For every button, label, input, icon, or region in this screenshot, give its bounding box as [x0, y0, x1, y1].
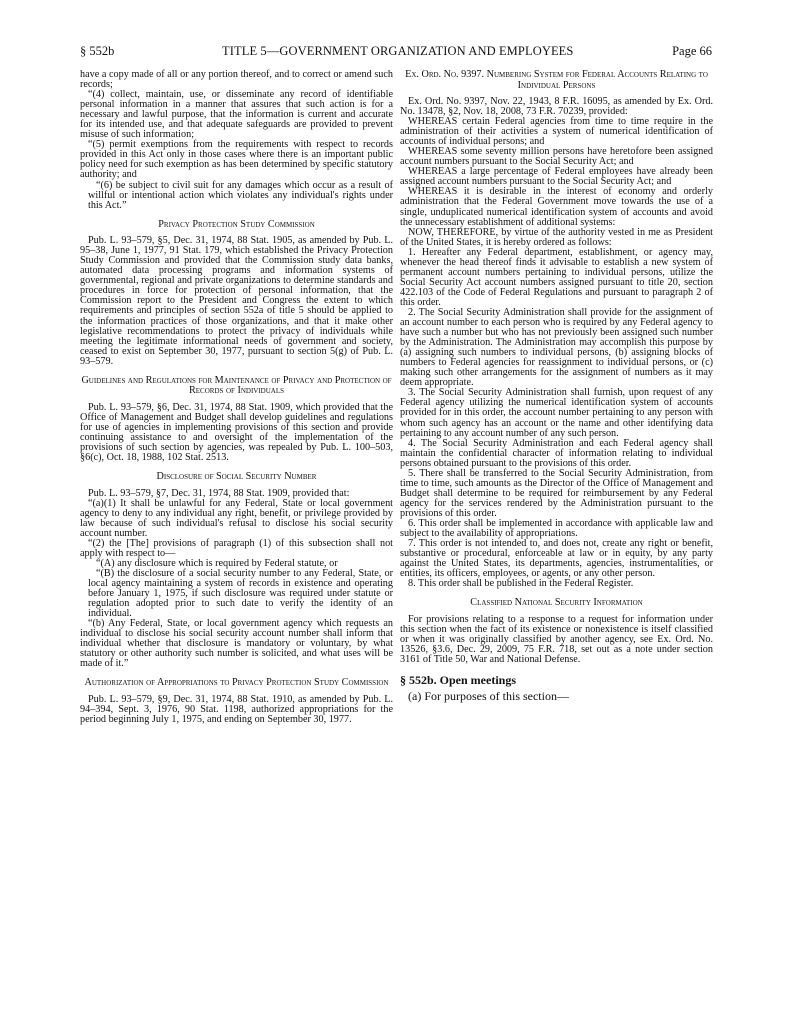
paragraph: “(6) be subject to civil suit for any da…: [80, 181, 393, 211]
header-section-number: § 552b: [80, 44, 114, 59]
paragraph: 6. This order shall be implemented in ac…: [400, 519, 713, 539]
paragraph: WHEREAS a large percentage of Federal em…: [400, 167, 713, 187]
paragraph: 1. Hereafter any Federal department, est…: [400, 248, 713, 308]
paragraph: WHEREAS some seventy million persons hav…: [400, 147, 713, 167]
note-heading-appropriations: Authorization of Appropriations to Priva…: [80, 678, 393, 689]
paragraph: 2. The Social Security Administration sh…: [400, 308, 713, 388]
note-heading-privacy-commission: Privacy Protection Study Commission: [80, 220, 393, 231]
header-page-number: Page 66: [672, 44, 712, 59]
paragraph: 5. There shall be transferred to the Soc…: [400, 469, 713, 519]
paragraph: Pub. L. 93–579, §9, Dec. 31, 1974, 88 St…: [80, 695, 393, 725]
paragraph: 8. This order shall be published in the …: [400, 579, 713, 589]
paragraph: 7. This order is not intended to, and do…: [400, 539, 713, 579]
note-heading-guidelines: Guidelines and Regulations for Maintenan…: [80, 376, 393, 397]
paragraph: “(4) collect, maintain, use, or dissemin…: [80, 90, 393, 140]
paragraph: For provisions relating to a response to…: [400, 615, 713, 665]
paragraph: “(2) the [The] provisions of paragraph (…: [80, 539, 393, 559]
page-header: § 552b TITLE 5—GOVERNMENT ORGANIZATION A…: [80, 44, 712, 60]
paragraph: Pub. L. 93–579, §5, Dec. 31, 1974, 88 St…: [80, 236, 393, 367]
paragraph: WHEREAS certain Federal agencies from ti…: [400, 117, 713, 147]
section-body: (a) For purposes of this section—: [400, 689, 713, 703]
paragraph: WHEREAS it is desirable in the interest …: [400, 187, 713, 227]
note-heading-ex-ord-9397: Ex. Ord. No. 9397. Numbering System for …: [400, 70, 713, 91]
header-title: TITLE 5—GOVERNMENT ORGANIZATION AND EMPL…: [222, 44, 573, 59]
paragraph: “(a)(1) It shall be unlawful for any Fed…: [80, 499, 393, 539]
paragraph: 3. The Social Security Administration sh…: [400, 388, 713, 438]
paragraph: have a copy made of all or any portion t…: [80, 70, 393, 90]
note-heading-ssn-disclosure: Disclosure of Social Security Number: [80, 472, 393, 483]
paragraph: Ex. Ord. No. 9397, Nov. 22, 1943, 8 F.R.…: [400, 97, 713, 117]
paragraph: 4. The Social Security Administration an…: [400, 439, 713, 469]
paragraph: Pub. L. 93–579, §6, Dec. 31, 1974, 88 St…: [80, 403, 393, 463]
section-heading-552b: § 552b. Open meetings: [400, 675, 713, 685]
paragraph: “(B) the disclosure of a social security…: [80, 569, 393, 619]
note-heading-classified-info: Classified National Security Information: [400, 598, 713, 609]
left-column: have a copy made of all or any portion t…: [80, 70, 393, 725]
paragraph: “(b) Any Federal, State, or local govern…: [80, 619, 393, 669]
paragraph: NOW, THEREFORE, by virtue of the authori…: [400, 228, 713, 248]
right-column: Ex. Ord. No. 9397. Numbering System for …: [400, 70, 713, 703]
paragraph: “(5) permit exemptions from the requirem…: [80, 140, 393, 180]
